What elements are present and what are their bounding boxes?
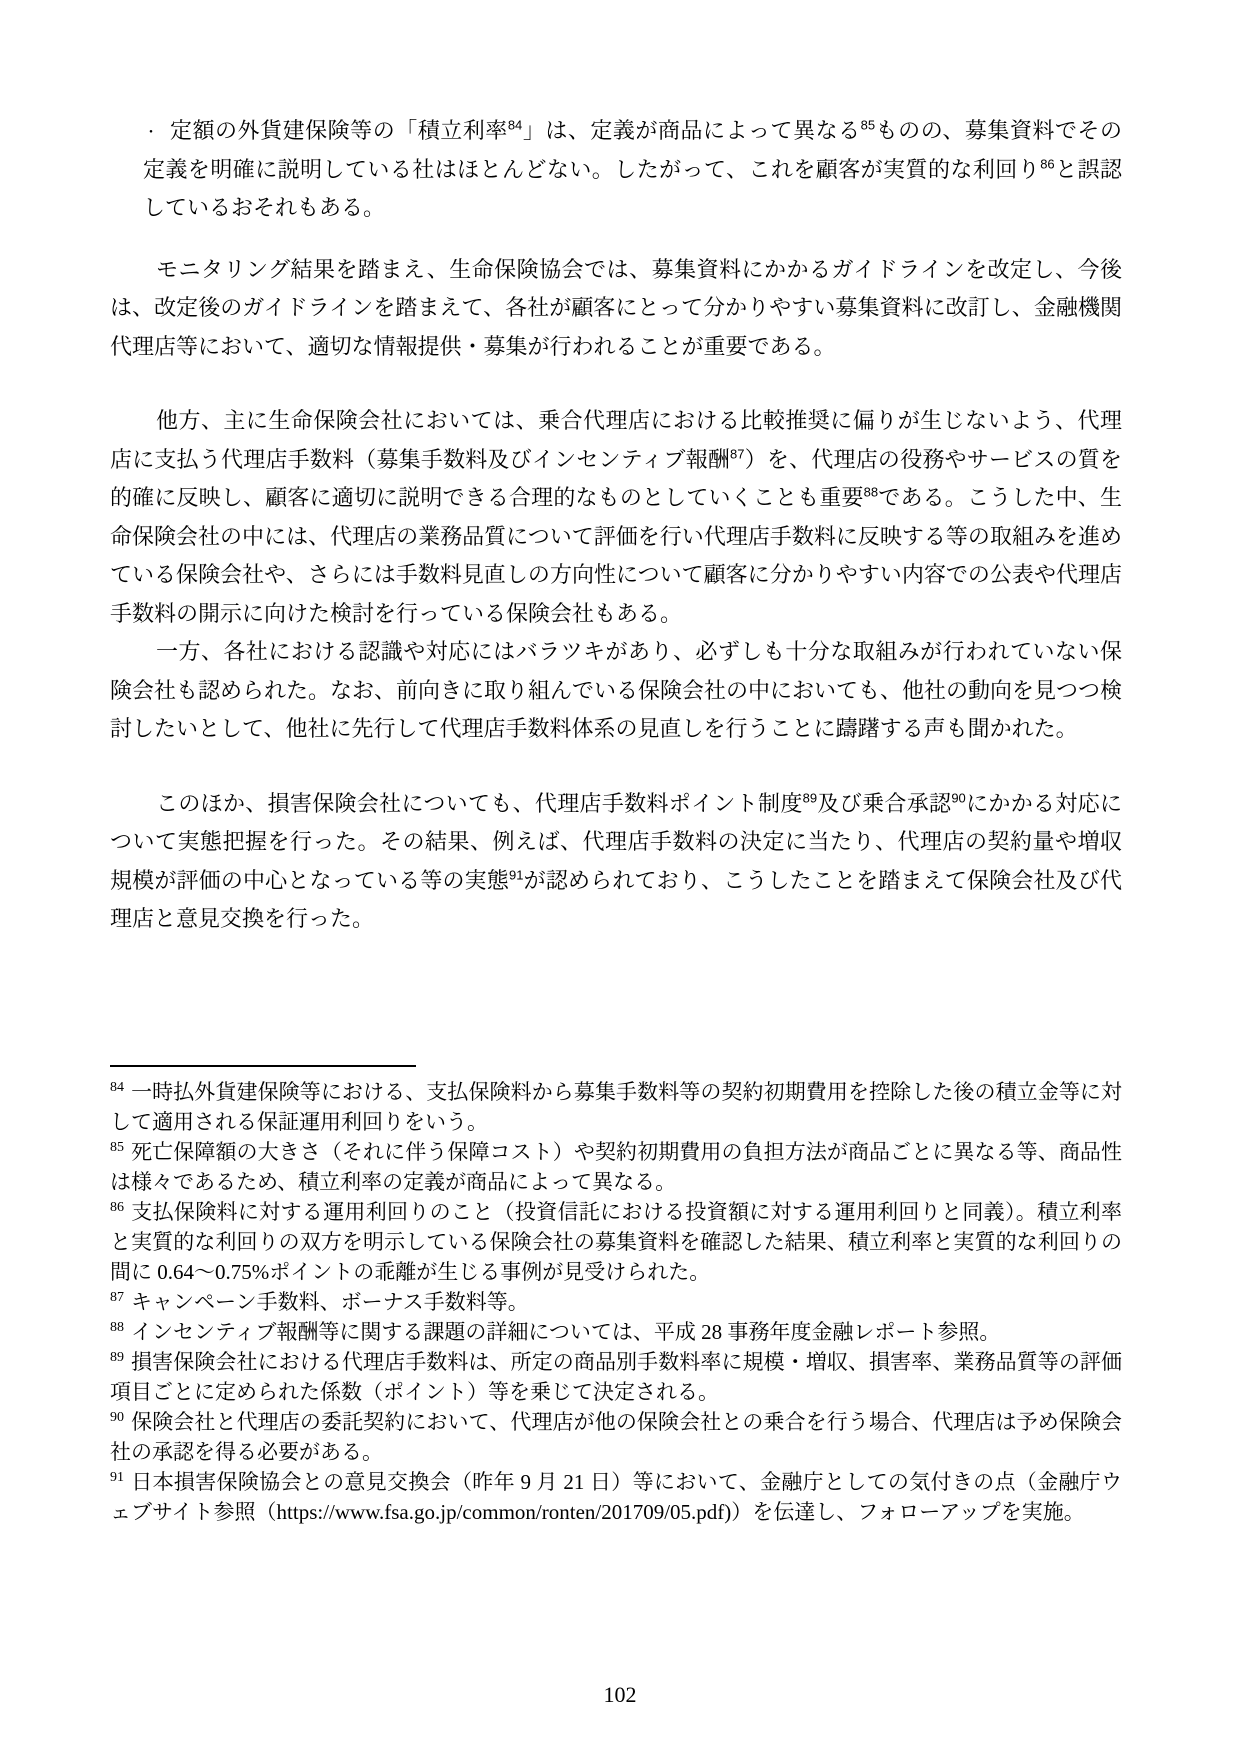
page-number: 102 — [0, 1682, 1240, 1708]
page-content: ・定額の外貨建保険等の「積立利率84」は、定義が商品によって異なる85ものの、募… — [0, 0, 1240, 1527]
footnote-87: 87キャンペーン手数料、ボーナス手数料等。 — [110, 1287, 1122, 1317]
footnote-text: 一時払外貨建保険等における、支払保険料から募集手数料等の契約初期費用を控除した後… — [110, 1080, 1122, 1134]
footnote-ref-91: 91 — [509, 867, 523, 882]
footnote-number: 90 — [110, 1410, 124, 1425]
footnote-number: 87 — [110, 1290, 124, 1305]
footnote-ref-89: 89 — [803, 790, 817, 805]
document-page: ・定額の外貨建保険等の「積立利率84」は、定義が商品によって異なる85ものの、募… — [0, 0, 1240, 1755]
footnote-ref-85: 85 — [861, 118, 875, 133]
footnote-number: 84 — [110, 1080, 124, 1095]
footnote-ref-87: 87 — [730, 446, 744, 461]
monitoring-result-paragraph: モニタリング結果を踏まえ、生命保険協会では、募集資料にかかるガイドラインを改定し… — [110, 251, 1122, 367]
footnote-number: 85 — [110, 1140, 124, 1155]
footnote-text: 損害保険会社における代理店手数料は、所定の商品別手数料率に規模・増収、損害率、業… — [110, 1350, 1122, 1404]
footnote-text: 保険会社と代理店の委託契約において、代理店が他の保険会社との乗合を行う場合、代理… — [110, 1410, 1122, 1464]
footnote-86: 86支払保険料に対する運用利回りのこと（投資信託における投資額に対する運用利回り… — [110, 1197, 1122, 1287]
footnote-text: インセンティブ報酬等に関する課題の詳細については、平成 28 事務年度金融レポー… — [131, 1320, 1000, 1344]
footnote-88: 88インセンティブ報酬等に関する課題の詳細については、平成 28 事務年度金融レ… — [110, 1317, 1122, 1347]
life-insurer-commission-paragraph: 他方、主に生命保険会社においては、乗合代理店における比較推奨に偏りが生じないよう… — [110, 402, 1122, 633]
variation-in-approach-paragraph: 一方、各社における認識や対応にはバラツキがあり、必ずしも十分な取組みが行われてい… — [110, 633, 1122, 749]
footnote-91: 91日本損害保険協会との意見交換会（昨年 9 月 21 日）等において、金融庁と… — [110, 1467, 1122, 1527]
footnote-84: 84一時払外貨建保険等における、支払保険料から募集手数料等の契約初期費用を控除し… — [110, 1077, 1122, 1137]
nonlife-insurer-paragraph: このほか、損害保険会社についても、代理店手数料ポイント制度89及び乗合承認90に… — [110, 785, 1122, 939]
footnote-number: 88 — [110, 1320, 124, 1335]
footnote-90: 90保険会社と代理店の委託契約において、代理店が他の保険会社との乗合を行う場合、… — [110, 1407, 1122, 1467]
footnote-text: 死亡保障額の大きさ（それに伴う保障コスト）や契約初期費用の負担方法が商品ごとに異… — [110, 1140, 1122, 1194]
footnote-ref-86: 86 — [1040, 156, 1054, 171]
footnote-number: 91 — [110, 1470, 124, 1485]
bullet-item-text: 定額の外貨建保険等の「積立利率84」は、定義が商品によって異なる85ものの、募集… — [143, 118, 1122, 220]
footnote-85: 85死亡保障額の大きさ（それに伴う保障コスト）や契約初期費用の負担方法が商品ごと… — [110, 1137, 1122, 1197]
footnote-89: 89損害保険会社における代理店手数料は、所定の商品別手数料率に規模・増収、損害率… — [110, 1347, 1122, 1407]
footnote-ref-88: 88 — [864, 485, 878, 500]
footnote-text: キャンペーン手数料、ボーナス手数料等。 — [131, 1290, 529, 1314]
footnote-section: 84一時払外貨建保険等における、支払保険料から募集手数料等の契約初期費用を控除し… — [110, 1065, 1122, 1527]
footnote-ref-90: 90 — [951, 790, 965, 805]
footnote-text: 日本損害保険協会との意見交換会（昨年 9 月 21 日）等において、金融庁として… — [110, 1470, 1122, 1524]
bullet-icon: ・ — [144, 113, 158, 152]
footnote-number: 86 — [110, 1200, 124, 1215]
bullet-item-accumulation-rate: ・定額の外貨建保険等の「積立利率84」は、定義が商品によって異なる85ものの、募… — [143, 112, 1122, 228]
footnote-ref-84: 84 — [508, 118, 522, 133]
footnote-text: 支払保険料に対する運用利回りのこと（投資信託における投資額に対する運用利回りと同… — [110, 1200, 1122, 1284]
footnote-number: 89 — [110, 1350, 124, 1365]
footnote-separator — [110, 1065, 416, 1067]
